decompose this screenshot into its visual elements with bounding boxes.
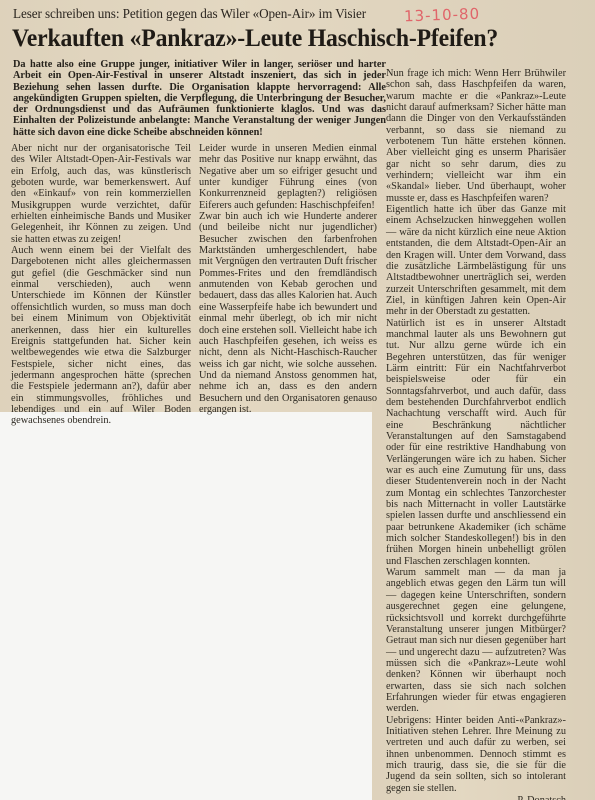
headline: Verkauften «Pankraz»-Leute Haschisch-Pfe…	[12, 23, 551, 53]
paragraph: Uebrigens: Hinter beiden Anti-«Pankraz»-…	[386, 715, 566, 794]
paragraph: Zwar bin auch ich wie Hunderte anderer (…	[199, 211, 377, 415]
paragraph: Warum sammelt man — da man ja angeblich …	[386, 567, 566, 714]
paragraph: Leider wurde in unseren Medien einmal me…	[199, 143, 377, 211]
paragraph: Eigentlich hatte ich über das Ganze mit …	[386, 204, 566, 317]
paragraph: Nun frage ich mich: Wenn Herr Brühwiler …	[386, 68, 566, 204]
paragraph: Auch wenn einem bei der Vielfalt des Dar…	[11, 245, 191, 427]
author-signature: P. Donatsch	[386, 795, 566, 800]
lead-paragraph: Da hatte also eine Gruppe junger, initia…	[13, 59, 386, 138]
paragraph: Aber nicht nur der organisatorische Teil…	[11, 143, 191, 245]
article-column-1: Aber nicht nur der organisatorische Teil…	[11, 143, 191, 427]
article-column-2: Leider wurde in unseren Medien einmal me…	[199, 143, 377, 415]
paragraph: Natürlich ist es in unserer Altstadt man…	[386, 318, 566, 568]
kicker-line: Leser schreiben uns: Petition gegen das …	[13, 6, 366, 22]
article-column-3: Nun frage ich mich: Wenn Herr Brühwiler …	[386, 68, 566, 800]
